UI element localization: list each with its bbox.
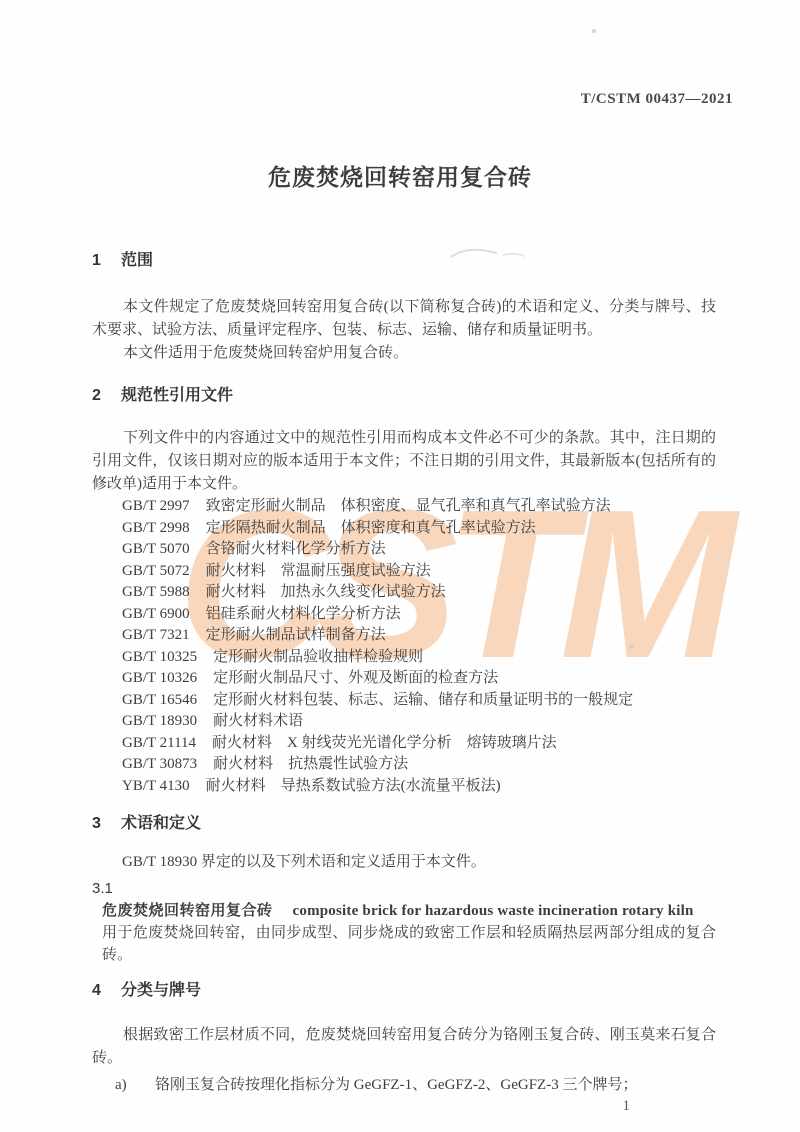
term-english: composite brick for hazardous waste inci… bbox=[293, 903, 694, 919]
references-list: GB/T 2997致密定形耐火制品 体积密度、显气孔率和真气孔率试验方法 GB/… bbox=[92, 496, 716, 797]
section-title: 范围 bbox=[121, 252, 153, 269]
section-number: 1 bbox=[92, 250, 104, 272]
section-title: 分类与牌号 bbox=[121, 982, 201, 999]
scope-paragraph-2: 本文件适用于危废焚烧回转窑炉用复合砖。 bbox=[92, 342, 716, 365]
reference-code: GB/T 10326 bbox=[122, 668, 197, 690]
reference-title: 耐火材料 导热系数试验方法(水流量平板法) bbox=[206, 778, 501, 794]
reference-code: GB/T 2997 bbox=[122, 496, 190, 518]
reference-title: 定形隔热耐火制品 体积密度和真气孔率试验方法 bbox=[206, 520, 536, 536]
reference-title: 耐火材料 X 射线荧光光谱化学分析 熔铸玻璃片法 bbox=[212, 735, 557, 751]
section-title: 规范性引用文件 bbox=[121, 387, 233, 404]
reference-item: GB/T 5988耐火材料 加热永久线变化试验方法 bbox=[122, 582, 716, 604]
page-content: T/CSTM 00437—2021 危废焚烧回转窑用复合砖 1范围 本文件规定了… bbox=[0, 90, 800, 1115]
section-heading-classification: 4分类与牌号 bbox=[92, 980, 716, 1002]
reference-item: GB/T 10325定形耐火制品验收抽样检验规则 bbox=[122, 647, 716, 669]
reference-title: 含铬耐火材料化学分析方法 bbox=[206, 541, 386, 557]
document-page: CSTM T/CSTM 00437—2021 危废焚烧回转窑用复合砖 1范围 本… bbox=[0, 0, 800, 1132]
reference-title: 耐火材料 抗热震性试验方法 bbox=[213, 756, 408, 772]
reference-item: GB/T 30873耐火材料 抗热震性试验方法 bbox=[122, 754, 716, 776]
terms-intro: GB/T 18930 界定的以及下列术语和定义适用于本文件。 bbox=[92, 851, 716, 874]
reference-item: GB/T 5070含铬耐火材料化学分析方法 bbox=[122, 539, 716, 561]
reference-title: 致密定形耐火制品 体积密度、显气孔率和真气孔率试验方法 bbox=[206, 498, 611, 514]
section-number: 2 bbox=[92, 385, 104, 407]
reference-code: GB/T 10325 bbox=[122, 647, 197, 669]
reference-title: 定形耐火材料包装、标志、运输、储存和质量证明书的一般规定 bbox=[213, 692, 633, 708]
reference-code: GB/T 16546 bbox=[122, 690, 197, 712]
term-definition: 用于危废焚烧回转窑，由同步成型、同步烧成的致密工作层和轻质隔热层两部分组成的复合… bbox=[92, 922, 716, 966]
term-entry: 危废焚烧回转窑用复合砖composite brick for hazardous… bbox=[92, 900, 716, 922]
section-number: 4 bbox=[92, 980, 104, 1002]
reference-item: GB/T 2998定形隔热耐火制品 体积密度和真气孔率试验方法 bbox=[122, 518, 716, 540]
section-heading-normative-references: 2规范性引用文件 bbox=[92, 385, 716, 407]
reference-code: GB/T 18930 bbox=[122, 711, 197, 733]
references-intro: 下列文件中的内容通过文中的规范性引用而构成本文件必不可少的条款。其中，注日期的引… bbox=[92, 427, 716, 496]
reference-item: GB/T 7321定形耐火制品试样制备方法 bbox=[122, 625, 716, 647]
reference-title: 耐火材料 常温耐压强度试验方法 bbox=[206, 563, 431, 579]
term-chinese: 危废焚烧回转窑用复合砖 bbox=[102, 902, 273, 919]
reference-code: GB/T 21114 bbox=[122, 733, 196, 755]
item-text: 铬刚玉复合砖按理化指标分为 GeGFZ-1、GeGFZ-2、GeGFZ-3 三个… bbox=[155, 1077, 637, 1093]
reference-item: GB/T 5072耐火材料 常温耐压强度试验方法 bbox=[122, 561, 716, 583]
reference-code: GB/T 5070 bbox=[122, 539, 190, 561]
reference-title: 铝硅系耐火材料化学分析方法 bbox=[206, 606, 401, 622]
reference-code: GB/T 5988 bbox=[122, 582, 190, 604]
reference-item: YB/T 4130耐火材料 导热系数试验方法(水流量平板法) bbox=[122, 776, 716, 798]
item-label: a) bbox=[115, 1074, 155, 1097]
term-number: 3.1 bbox=[92, 878, 716, 900]
reference-item: GB/T 2997致密定形耐火制品 体积密度、显气孔率和真气孔率试验方法 bbox=[122, 496, 716, 518]
reference-title: 定形耐火制品试样制备方法 bbox=[206, 627, 386, 643]
body-column: 1范围 本文件规定了危废焚烧回转窑用复合砖(以下简称复合砖)的术语和定义、分类与… bbox=[0, 250, 800, 1115]
section-title: 术语和定义 bbox=[121, 815, 201, 832]
reference-title: 耐火材料 加热永久线变化试验方法 bbox=[206, 584, 446, 600]
reference-code: GB/T 2998 bbox=[122, 518, 190, 540]
reference-item: GB/T 10326定形耐火制品尺寸、外观及断面的检查方法 bbox=[122, 668, 716, 690]
page-number: 1 bbox=[92, 1097, 716, 1115]
section-number: 3 bbox=[92, 813, 104, 835]
section-heading-terms: 3术语和定义 bbox=[92, 813, 716, 835]
reference-code: GB/T 30873 bbox=[122, 754, 197, 776]
reference-item: GB/T 16546定形耐火材料包装、标志、运输、储存和质量证明书的一般规定 bbox=[122, 690, 716, 712]
reference-code: YB/T 4130 bbox=[122, 776, 190, 798]
scan-speck bbox=[592, 29, 596, 33]
classification-paragraph: 根据致密工作层材质不同，危废焚烧回转窑用复合砖分为铬刚玉复合砖、刚玉莫来石复合砖… bbox=[92, 1024, 716, 1070]
reference-code: GB/T 6900 bbox=[122, 604, 190, 626]
classification-item-a: a)铬刚玉复合砖按理化指标分为 GeGFZ-1、GeGFZ-2、GeGFZ-3 … bbox=[92, 1074, 716, 1097]
reference-title: 耐火材料术语 bbox=[213, 713, 303, 729]
reference-item: GB/T 21114耐火材料 X 射线荧光光谱化学分析 熔铸玻璃片法 bbox=[122, 733, 716, 755]
standard-code: T/CSTM 00437—2021 bbox=[0, 90, 800, 108]
scope-paragraph-1: 本文件规定了危废焚烧回转窑用复合砖(以下简称复合砖)的术语和定义、分类与牌号、技… bbox=[92, 296, 716, 342]
reference-item: GB/T 6900铝硅系耐火材料化学分析方法 bbox=[122, 604, 716, 626]
document-title: 危废焚烧回转窑用复合砖 bbox=[0, 160, 800, 194]
reference-title: 定形耐火制品验收抽样检验规则 bbox=[213, 649, 423, 665]
reference-code: GB/T 5072 bbox=[122, 561, 190, 583]
reference-title: 定形耐火制品尺寸、外观及断面的检查方法 bbox=[213, 670, 498, 686]
section-heading-scope: 1范围 bbox=[92, 250, 716, 272]
reference-item: GB/T 18930耐火材料术语 bbox=[122, 711, 716, 733]
reference-code: GB/T 7321 bbox=[122, 625, 190, 647]
